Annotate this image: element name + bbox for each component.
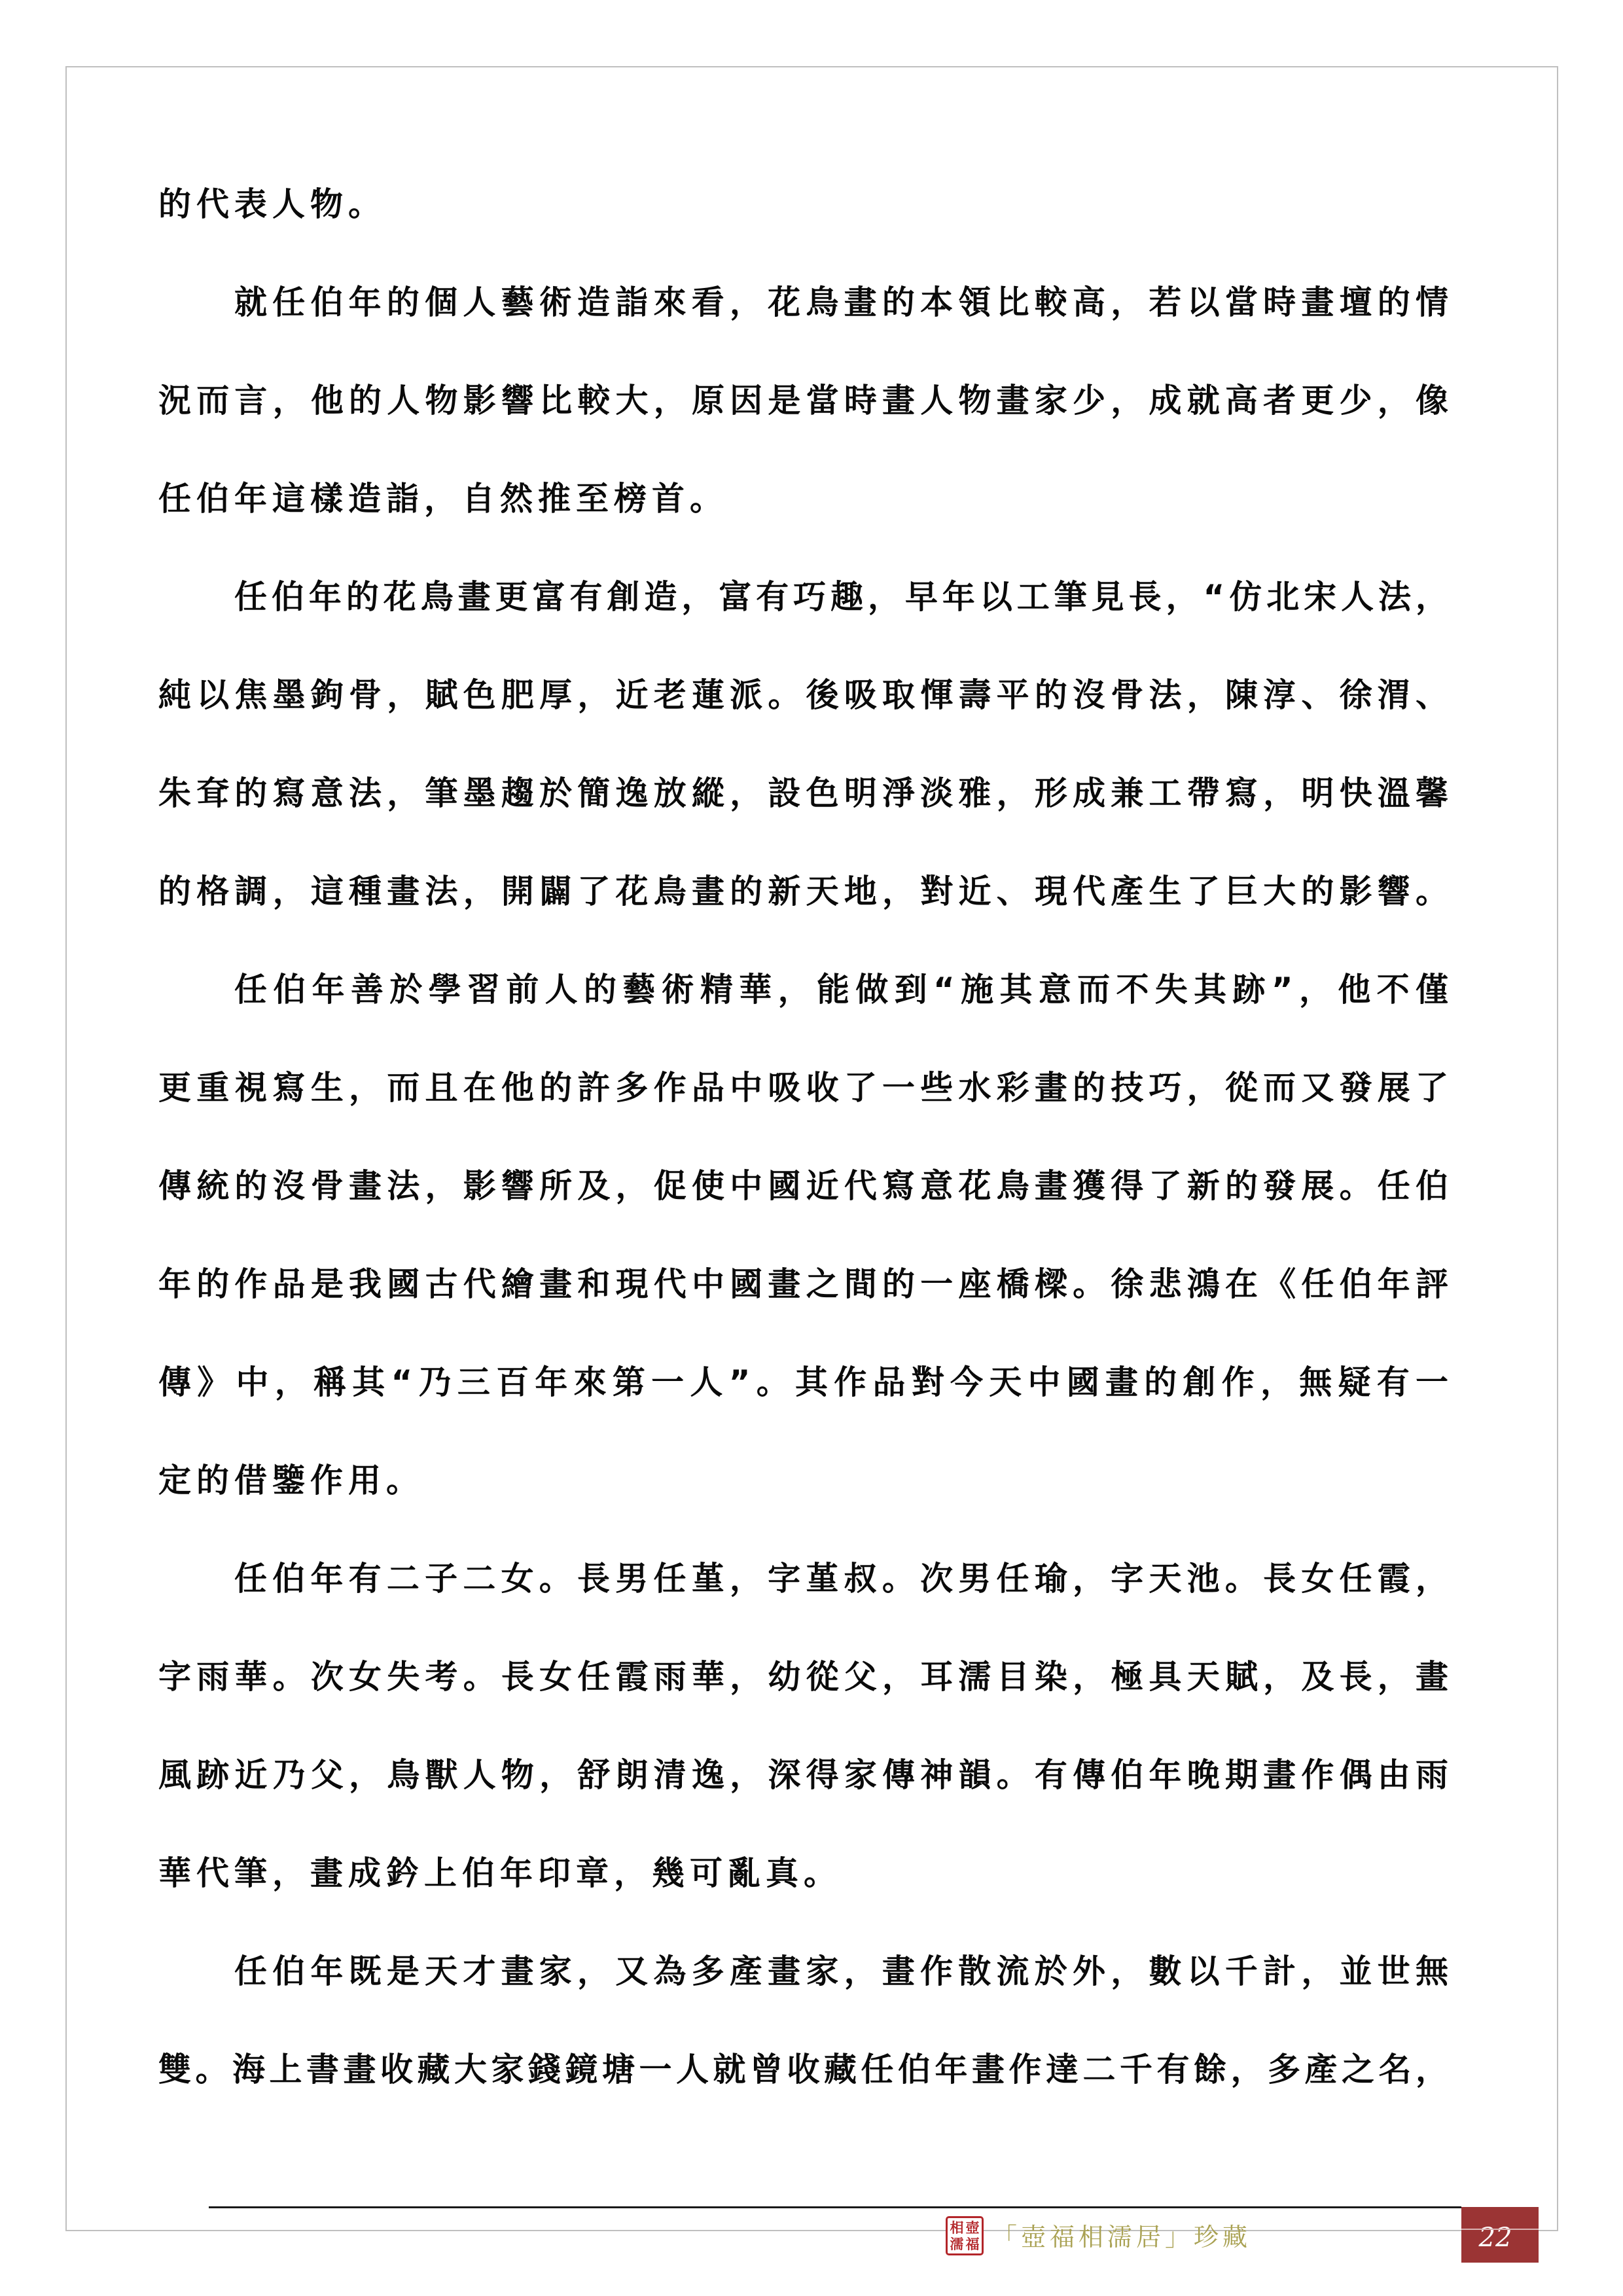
seal-char: 相 [949, 2219, 965, 2236]
body-text: 的代表人物。 就任伯年的個人藝術造詣來看，花鳥畫的本領比較高，若以當時畫壇的情 … [158, 155, 1449, 2119]
text-line: 任伯年善於學習前人的藝術精華，能做到“施其意而不失其跡”，他不僅 [158, 941, 1449, 1039]
text-line: 任伯年有二子二女。長男任堇，字堇叔。次男任瑜，字天池。長女任霞， [158, 1530, 1449, 1628]
text-line: 任伯年這樣造詣，自然推至榜首。 [158, 450, 1449, 548]
text-line: 定的借鑒作用。 [158, 1431, 1449, 1530]
page-number: 22 [1479, 2217, 1522, 2253]
footer-divider [209, 2206, 1461, 2208]
text-line: 的代表人物。 [158, 155, 1449, 253]
text-line: 就任伯年的個人藝術造詣來看，花鳥畫的本領比較高，若以當時畫壇的情 [158, 253, 1449, 351]
text-line: 華代筆，畫成鈐上伯年印章，幾可亂真。 [158, 1824, 1449, 1922]
text-line: 任伯年的花鳥畫更富有創造，富有巧趣，早年以工筆見長，“仿北宋人法， [158, 548, 1449, 646]
seal-stamp-icon: 相 壺 濡 福 [946, 2216, 984, 2255]
text-line: 風跡近乃父，鳥獸人物，舒朗清逸，深得家傳神韻。有傳伯年晚期畫作偶由雨 [158, 1726, 1449, 1824]
text-line: 純以焦墨鉤骨，賦色肥厚，近老蓮派。後吸取惲壽平的沒骨法，陳淳、徐渭、 [158, 646, 1449, 744]
text-line: 更重視寫生，而且在他的許多作品中吸收了一些水彩畫的技巧，從而又發展了 [158, 1039, 1449, 1137]
text-line: 字雨華。次女失考。長女任霞雨華，幼從父，耳濡目染，極具天賦，及長，畫 [158, 1628, 1449, 1726]
text-line: 況而言，他的人物影響比較大，原因是當時畫人物畫家少，成就高者更少，像 [158, 351, 1449, 450]
text-line: 任伯年既是天才畫家，又為多產畫家，畫作散流於外，數以千計，並世無 [158, 1922, 1449, 2020]
text-line: 年的作品是我國古代繪畫和現代中國畫之間的一座橋樑。徐悲鴻在《任伯年評 [158, 1235, 1449, 1333]
text-line: 雙。海上書畫收藏大家錢鏡塘一人就曾收藏任伯年畫作達二千有餘，多產之名， [158, 2020, 1449, 2119]
seal-char: 福 [965, 2236, 980, 2252]
text-line: 傳統的沒骨畫法，影響所及，促使中國近代寫意花鳥畫獲得了新的發展。任伯 [158, 1137, 1449, 1235]
page-number-badge: 22 [1461, 2207, 1539, 2263]
frame-line-overlay [1461, 2229, 1539, 2230]
text-line: 朱耷的寫意法，筆墨趨於簡逸放縱，設色明淨淡雅，形成兼工帶寫，明快溫馨 [158, 744, 1449, 842]
seal-char: 壺 [965, 2219, 980, 2236]
text-line: 的格調，這種畫法，開闢了花鳥畫的新天地，對近、現代產生了巨大的影響。 [158, 842, 1449, 941]
collection-label: 「壺福相濡居」珍藏 [992, 2217, 1251, 2257]
text-line: 傳》中，稱其“乃三百年來第一人”。其作品對今天中國畫的創作，無疑有一 [158, 1333, 1449, 1431]
seal-char: 濡 [949, 2236, 965, 2252]
